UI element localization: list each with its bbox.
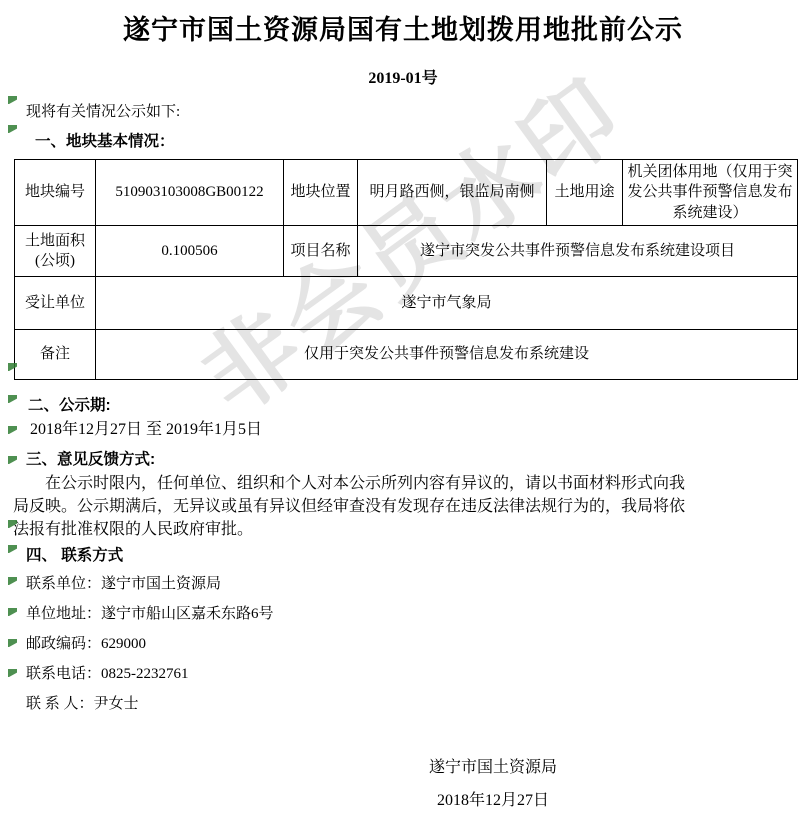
- table-row: 受让单位 遂宁市气象局: [15, 276, 798, 329]
- remarks-value: 仅用于突发公共事件预警信息发布系统建设: [96, 329, 798, 379]
- transferee-value: 遂宁市气象局: [96, 276, 798, 329]
- table-row: 备注 仅用于突发公共事件预警信息发布系统建设: [15, 329, 798, 379]
- notice-document-page: 非会员水印 遂宁市国土资源局国有土地划拨用地批前公示 2019-01号 现将有关…: [0, 0, 806, 828]
- project-name-label: 项目名称: [284, 225, 358, 276]
- contact-unit-line: 联系单位：遂宁市国土资源局: [26, 575, 806, 594]
- postal-code-line: 邮政编码：629000: [26, 635, 806, 654]
- plot-location-label: 地块位置: [284, 160, 358, 226]
- signature-date: 2018年12月27日: [362, 791, 624, 811]
- signature-block: 遂宁市国土资源局 2018年12月27日: [362, 758, 624, 811]
- land-area-value: 0.100506: [96, 225, 284, 276]
- land-use-label: 土地用途: [547, 160, 623, 226]
- table-row: 土地面积(公顷) 0.100506 项目名称 遂宁市突发公共事件预警信息发布系统…: [15, 225, 798, 276]
- project-name-value: 遂宁市突发公共事件预警信息发布系统建设项目: [358, 225, 798, 276]
- land-use-value: 机关团体用地（仅用于突发公共事件预警信息发布系统建设）: [623, 160, 798, 226]
- contact-person-line: 联 系 人：尹女士: [26, 695, 806, 714]
- section4-heading: 四、 联系方式: [26, 547, 806, 564]
- signature-org: 遂宁市国土资源局: [362, 758, 624, 778]
- publicity-period: 2018年12月27日 至 2019年1月5日: [30, 420, 806, 439]
- feedback-paragraph: 在公示时限内，任何单位、组织和个人对本公示所列内容有异议的，请以书面材料形式向我…: [13, 472, 689, 541]
- page-title: 遂宁市国土资源局国有土地划拨用地批前公示: [0, 0, 806, 47]
- plot-location-value: 明月路西侧，银监局南侧: [358, 160, 547, 226]
- section3-heading: 三、意见反馈方式:: [26, 451, 806, 468]
- land-info-table: 地块编号 510903103008GB00122 地块位置 明月路西侧，银监局南…: [14, 159, 798, 380]
- remarks-label: 备注: [15, 329, 96, 379]
- transferee-label: 受让单位: [15, 276, 96, 329]
- contact-address-line: 单位地址：遂宁市船山区嘉禾东路6号: [26, 605, 806, 624]
- plot-number-label: 地块编号: [15, 160, 96, 226]
- document-number: 2019-01号: [0, 69, 806, 88]
- intro-text: 现将有关情况公示如下:: [26, 104, 806, 121]
- table-row: 地块编号 510903103008GB00122 地块位置 明月路西侧，银监局南…: [15, 160, 798, 226]
- land-area-label: 土地面积(公顷): [15, 225, 96, 276]
- section1-heading: 一、地块基本情况：: [35, 133, 806, 150]
- phone-line: 联系电话：0825-2232761: [26, 665, 806, 684]
- section2-heading: 二、公示期:: [28, 397, 806, 414]
- plot-number-value: 510903103008GB00122: [96, 160, 284, 226]
